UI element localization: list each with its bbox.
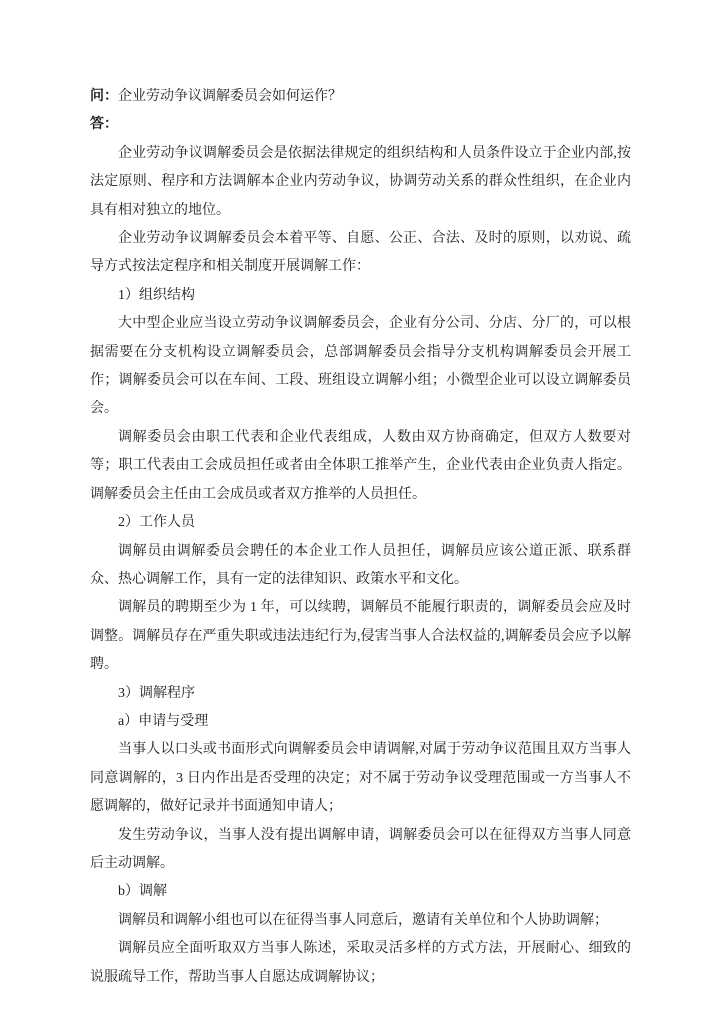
question-line: 问：企业劳动争议调解委员会如何运作？ [90,83,631,111]
paragraph-proactive-mediation: 发生劳动争议，当事人没有提出调解申请，调解委员会可以在征得双方当事人同意后主动调… [90,822,631,879]
paragraph-principles: 企业劳动争议调解委员会本着平等、自愿、公正、合法、及时的原则，以劝说、疏导方式按… [90,225,631,282]
answer-marker: 答： [90,117,118,132]
question-text: 企业劳动争议调解委员会如何运作？ [118,89,342,104]
paragraph-mediator-term: 调解员的聘期至少为 1 年，可以续聘，调解员不能履行职责的，调解委员会应及时调整… [90,594,631,679]
document-page: 问：企业劳动争议调解委员会如何运作？ 答： 企业劳动争议调解委员会是依据法律规定… [0,0,721,1020]
heading-staff: 2）工作人员 [90,509,631,537]
paragraph-committee-composition: 调解委员会由职工代表和企业代表组成，人数由双方协商确定，但双方人数要对等；职工代… [90,424,631,509]
paragraph-intro: 企业劳动争议调解委员会是依据法律规定的组织结构和人员条件设立于企业内部,按法定原… [90,140,631,225]
heading-organization-structure: 1）组织结构 [90,282,631,310]
paragraph-mediation-assistance: 调解员和调解小组也可以在征得当事人同意后，邀请有关单位和个人协助调解； [90,907,631,935]
heading-application-acceptance: a）申请与受理 [90,708,631,736]
question-marker: 问： [90,89,118,104]
answer-line: 答： [90,111,631,139]
heading-mediation-procedure: 3）调解程序 [90,680,631,708]
heading-mediation: b）调解 [90,878,631,906]
paragraph-application-process: 当事人以口头或书面形式向调解委员会申请调解,对属于劳动争议范围且双方当事人同意调… [90,736,631,821]
document-body: 问：企业劳动争议调解委员会如何运作？ 答： 企业劳动争议调解委员会是依据法律规定… [90,83,631,992]
paragraph-organization-setup: 大中型企业应当设立劳动争议调解委员会，企业有分公司、分店、分厂的，可以根据需要在… [90,310,631,424]
paragraph-mediator-qualifications: 调解员由调解委员会聘任的本企业工作人员担任，调解员应该公道正派、联系群众、热心调… [90,538,631,595]
paragraph-mediation-method: 调解员应全面听取双方当事人陈述，采取灵活多样的方式方法，开展耐心、细致的说服疏导… [90,935,631,992]
